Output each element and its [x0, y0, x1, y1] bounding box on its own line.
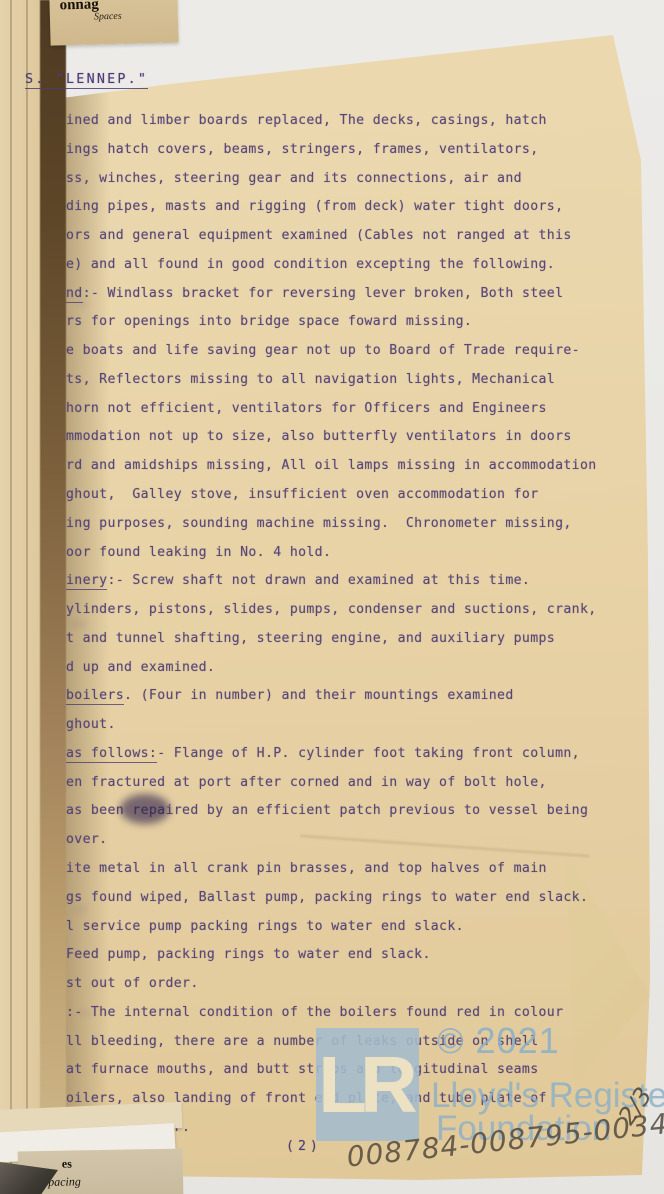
typed-line: ors and general equipment examined (Cabl… — [66, 228, 626, 243]
typed-line: ing purposes, sounding machine missing. … — [66, 516, 626, 531]
typed-line: Feed pump, packing rings to water end sl… — [66, 947, 626, 962]
typed-line: l service pump packing rings to water en… — [66, 919, 626, 934]
typed-line: t and tunnel shafting, steering engine, … — [66, 631, 626, 646]
typed-line: gs found wiped, Ballast pump, packing ri… — [66, 890, 626, 905]
fragment-printed-text: es — [62, 1157, 72, 1172]
typed-line: ite metal in all crank pin brasses, and … — [66, 861, 626, 876]
watermark-copyright: © 2021 — [437, 1020, 560, 1062]
typed-line: ylinders, pistons, slides, pumps, conden… — [66, 602, 626, 617]
typed-line: st out of order. — [66, 976, 626, 991]
typed-line: ding pipes, masts and rigging (from deck… — [66, 199, 626, 214]
typed-line: horn not efficient, ventilators for Offi… — [66, 401, 626, 416]
lloyds-register-logo: LR — [316, 1028, 419, 1141]
typed-line: rs for openings into bridge space foward… — [66, 314, 626, 329]
lr-logo-letters: LR — [318, 1039, 411, 1131]
typed-line: d up and examined. — [66, 660, 626, 675]
typed-line: ghout. — [66, 717, 626, 732]
typed-line: mmodation not up to size, also butterfly… — [66, 429, 626, 444]
typed-line: e) and all found in good condition excep… — [66, 257, 626, 272]
typed-line: oor found leaking in No. 4 hold. — [66, 545, 626, 560]
typed-line: en fractured at port after corned and in… — [66, 775, 626, 790]
typed-line: ings hatch covers, beams, stringers, fra… — [66, 142, 626, 157]
typed-line: :- The internal condition of the boilers… — [66, 1005, 626, 1020]
scanned-document-page: onnag Spaces S. "LENNEP." ined and limbe… — [0, 0, 664, 1194]
ink-blot — [120, 794, 170, 824]
typed-line: ined and limber boards replaced, The dec… — [66, 113, 626, 128]
page-number: (2) — [286, 1139, 322, 1154]
typed-line: rd and amidships missing, All oil lamps … — [66, 458, 626, 473]
typed-line: inery:- Screw shaft not drawn and examin… — [66, 573, 626, 588]
typed-line: nd:- Windlass bracket for reversing leve… — [66, 286, 626, 301]
typed-line: over. — [66, 832, 626, 847]
typed-line: e boats and life saving gear not up to B… — [66, 343, 626, 358]
typed-line: ts, Reflectors missing to all navigation… — [66, 372, 626, 387]
typed-line: as follows:- Flange of H.P. cylinder foo… — [66, 746, 626, 761]
typed-line: boilers. (Four in number) and their moun… — [66, 688, 626, 703]
typed-line: ss, winches, steering gear and its conne… — [66, 171, 626, 186]
typed-line: ghout, Galley stove, insufficient oven a… — [66, 487, 626, 502]
typed-body-text: ined and limber boards replaced, The dec… — [0, 0, 664, 1194]
